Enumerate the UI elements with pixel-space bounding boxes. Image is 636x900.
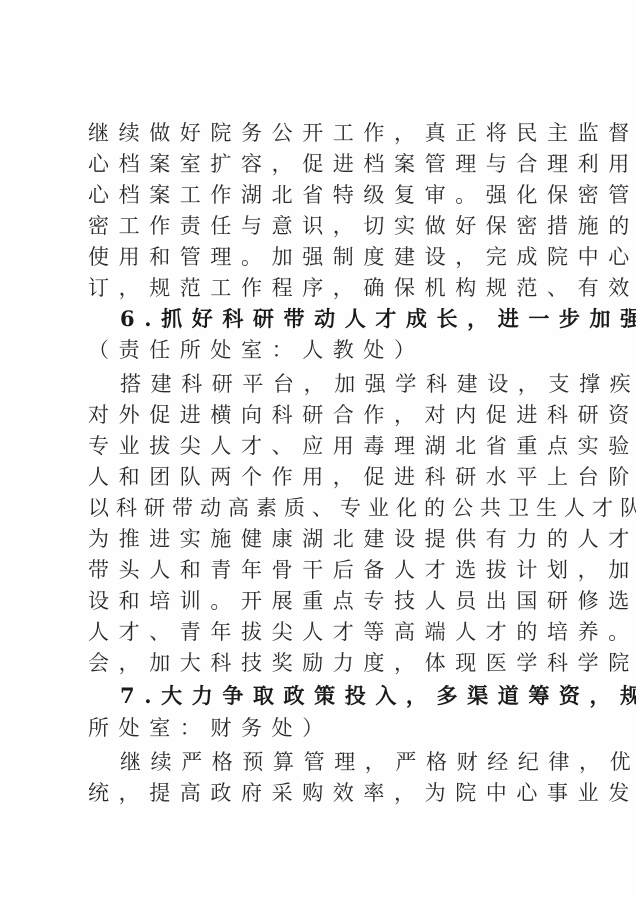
paragraph-line: 带头人和青年骨干后备人才选拔计划，加强院中心人才梯队建 bbox=[88, 558, 558, 582]
paragraph-line: 继续严格预算管理，严格财经纪律，优化资产信息管理系 bbox=[120, 750, 590, 774]
paragraph-line: 继续做好院务公开工作，真正将民主监督落到实处。完成院中 bbox=[88, 121, 558, 145]
paragraph-line: 设和培训。开展重点专技人员出国研修选拔，加强院中心领军 bbox=[88, 589, 558, 613]
paragraph-line: 专业拔尖人才、应用毒理湖北省重点实验室为核心，发挥带头 bbox=[88, 434, 558, 458]
responsible-office-line: 所处室：财务处） bbox=[88, 716, 558, 740]
paragraph-line: 人和团队两个作用，促进科研水平上台阶，科研成果上档次。 bbox=[88, 465, 558, 489]
paragraph-line: 心档案室扩容，促进档案管理与合理利用，确保顺利通过院中 bbox=[88, 152, 558, 176]
paragraph-line: 人才、青年拔尖人才等高端人才的培养。适时召开科技表彰大 bbox=[88, 620, 558, 644]
responsible-office-line: （责任所处室：人教处） bbox=[88, 338, 558, 362]
paragraph-line: 对外促进横向科研合作，对内促进科研资源整合。以领军人才、 bbox=[88, 403, 558, 427]
paragraph-line: 使用和管理。加强制度建设，完成院中心管理制度的梳理和修 bbox=[88, 245, 558, 269]
paragraph-line: 为推进实施健康湖北建设提供有力的人才保证。启动专业学科 bbox=[88, 527, 558, 551]
paragraph-line: 密工作责任与意识，切实做好保密措施的落实。严格公务车辆 bbox=[88, 214, 558, 238]
document-page: 继续做好院务公开工作，真正将民主监督落到实处。完成院中 心档案室扩容，促进档案管… bbox=[0, 0, 636, 900]
section-heading-6: 6.抓好科研带动人才成长，进一步加强优秀人才培养力度 bbox=[120, 307, 590, 331]
paragraph-line: 搭建科研平台，加强学科建设，支撑疾控工作稳步发展。 bbox=[120, 372, 590, 396]
paragraph-line: 会，加大科技奖励力度，体现医学科学院特色。 bbox=[88, 651, 558, 675]
paragraph-line: 心档案工作湖北省特级复审。强化保密管理，提高干部职工保 bbox=[88, 183, 558, 207]
paragraph-line: 订，规范工作程序，确保机构规范、有效、安全运转。 bbox=[88, 276, 558, 300]
paragraph-line: 统，提高政府采购效率，为院中心事业发展提供坚实保障。按 bbox=[88, 781, 558, 805]
section-heading-7: 7.大力争取政策投入，多渠道筹资，规范财经管理（责任 bbox=[120, 684, 590, 708]
paragraph-line: 以科研带动高素质、专业化的公共卫生人才队伍的成长和建设， bbox=[88, 496, 558, 520]
